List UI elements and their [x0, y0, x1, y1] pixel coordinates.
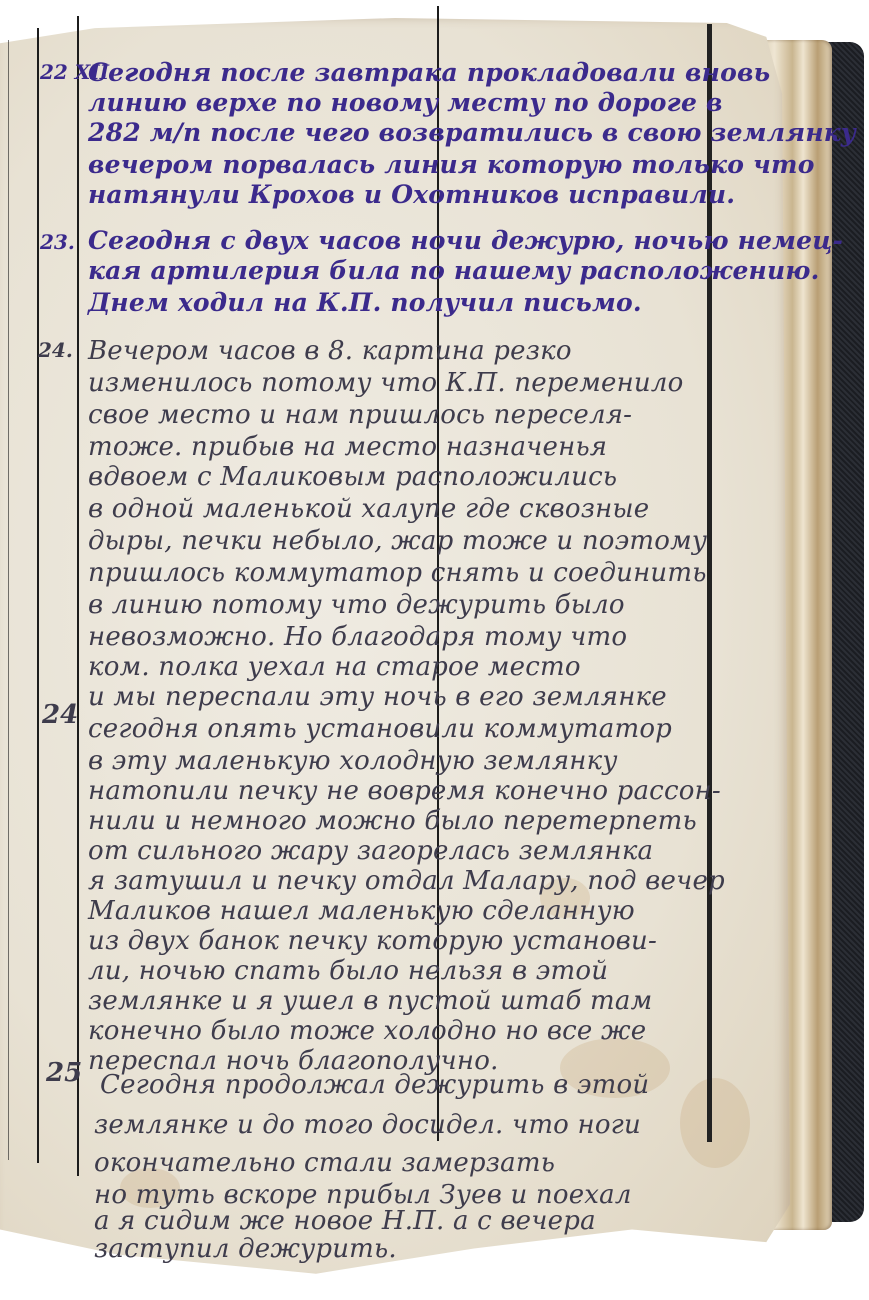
entry-line: натопили печку не вовремя конечно рассон…: [88, 776, 721, 806]
entry-line: Сегодня после завтрака прокладовали внов…: [88, 58, 770, 87]
entry-line: Сегодня с двух часов ночи дежурю, ночью …: [88, 226, 843, 255]
entry-line: дыры, печки небыло, жар тоже и поэтому: [88, 526, 707, 556]
entry-date: 24: [42, 700, 78, 730]
entry-date: 25: [46, 1058, 82, 1088]
entry-line: Днем ходил на К.П. получил письмо.: [88, 288, 642, 317]
entry-line: невозможно. Но благодаря тому что: [88, 622, 627, 652]
entry-line: конечно было тоже холодно но все же: [88, 1016, 646, 1046]
entry-line: ком. полка уехал на старое место: [88, 652, 581, 682]
entry-date: 23.: [40, 230, 75, 254]
entry-line: а я сидим же новое Н.П. а с вечера: [94, 1206, 596, 1236]
entry-line: Вечером часов в 8. картина резко: [88, 336, 572, 366]
entry-line: я затушил и печку отдал Малару, под вече…: [88, 866, 725, 896]
entry-line: нили и немного можно было перетерпеть: [88, 806, 697, 836]
entry-line: и мы переспали эту ночь в его землянке: [88, 682, 667, 712]
entry-line: свое место и нам пришлось переселя-: [88, 400, 632, 430]
entry-line: ли, ночью спать было нельзя в этой: [88, 956, 608, 986]
entry-line: пришлось коммутатор снять и соединить: [88, 558, 707, 588]
entry-line: натянули Крохов и Охотников исправили.: [88, 180, 735, 209]
entry-line: кая артилерия била по нашему расположени…: [88, 256, 820, 285]
entry-line: от сильного жару загорелась землянка: [88, 836, 653, 866]
entry-line: заступил дежурить.: [94, 1234, 397, 1264]
entry-line: в линию потому что дежурить было: [88, 590, 625, 620]
entry-line: землянке и до того досидел. что ноги: [94, 1110, 641, 1140]
entry-date: 24.: [38, 338, 73, 362]
entry-line: в одной маленькой халупе где сквозные: [88, 494, 649, 524]
entry-line: сегодня опять установили коммутатор: [88, 714, 672, 744]
entry-line: из двух банок печку которую установи-: [88, 926, 657, 956]
diary-entries: 22 XII Сегодня после завтрака прокладова…: [0, 0, 869, 1300]
entry-line: линию верхе по новому месту по дороге в: [88, 88, 723, 117]
entry-line: 282 м/п после чего возвратились в свою з…: [88, 118, 856, 147]
entry-line: Сегодня продолжал дежурить в этой: [100, 1070, 649, 1100]
entry-line: вечером порвалась линия которую только ч…: [88, 150, 815, 179]
entry-line: тоже. прибыв на место назначенья: [88, 432, 607, 462]
entry-line: Маликов нашел маленькую сделанную: [88, 896, 635, 926]
entry-line: изменилось потому что К.П. переменило: [88, 368, 683, 398]
entry-line: в эту маленькую холодную землянку: [88, 746, 618, 776]
entry-line: вдвоем с Маликовым расположились: [88, 462, 617, 492]
entry-line: окончательно стали замерзать: [94, 1148, 555, 1178]
entry-line: землянке и я ушел в пустой штаб там: [88, 986, 652, 1016]
